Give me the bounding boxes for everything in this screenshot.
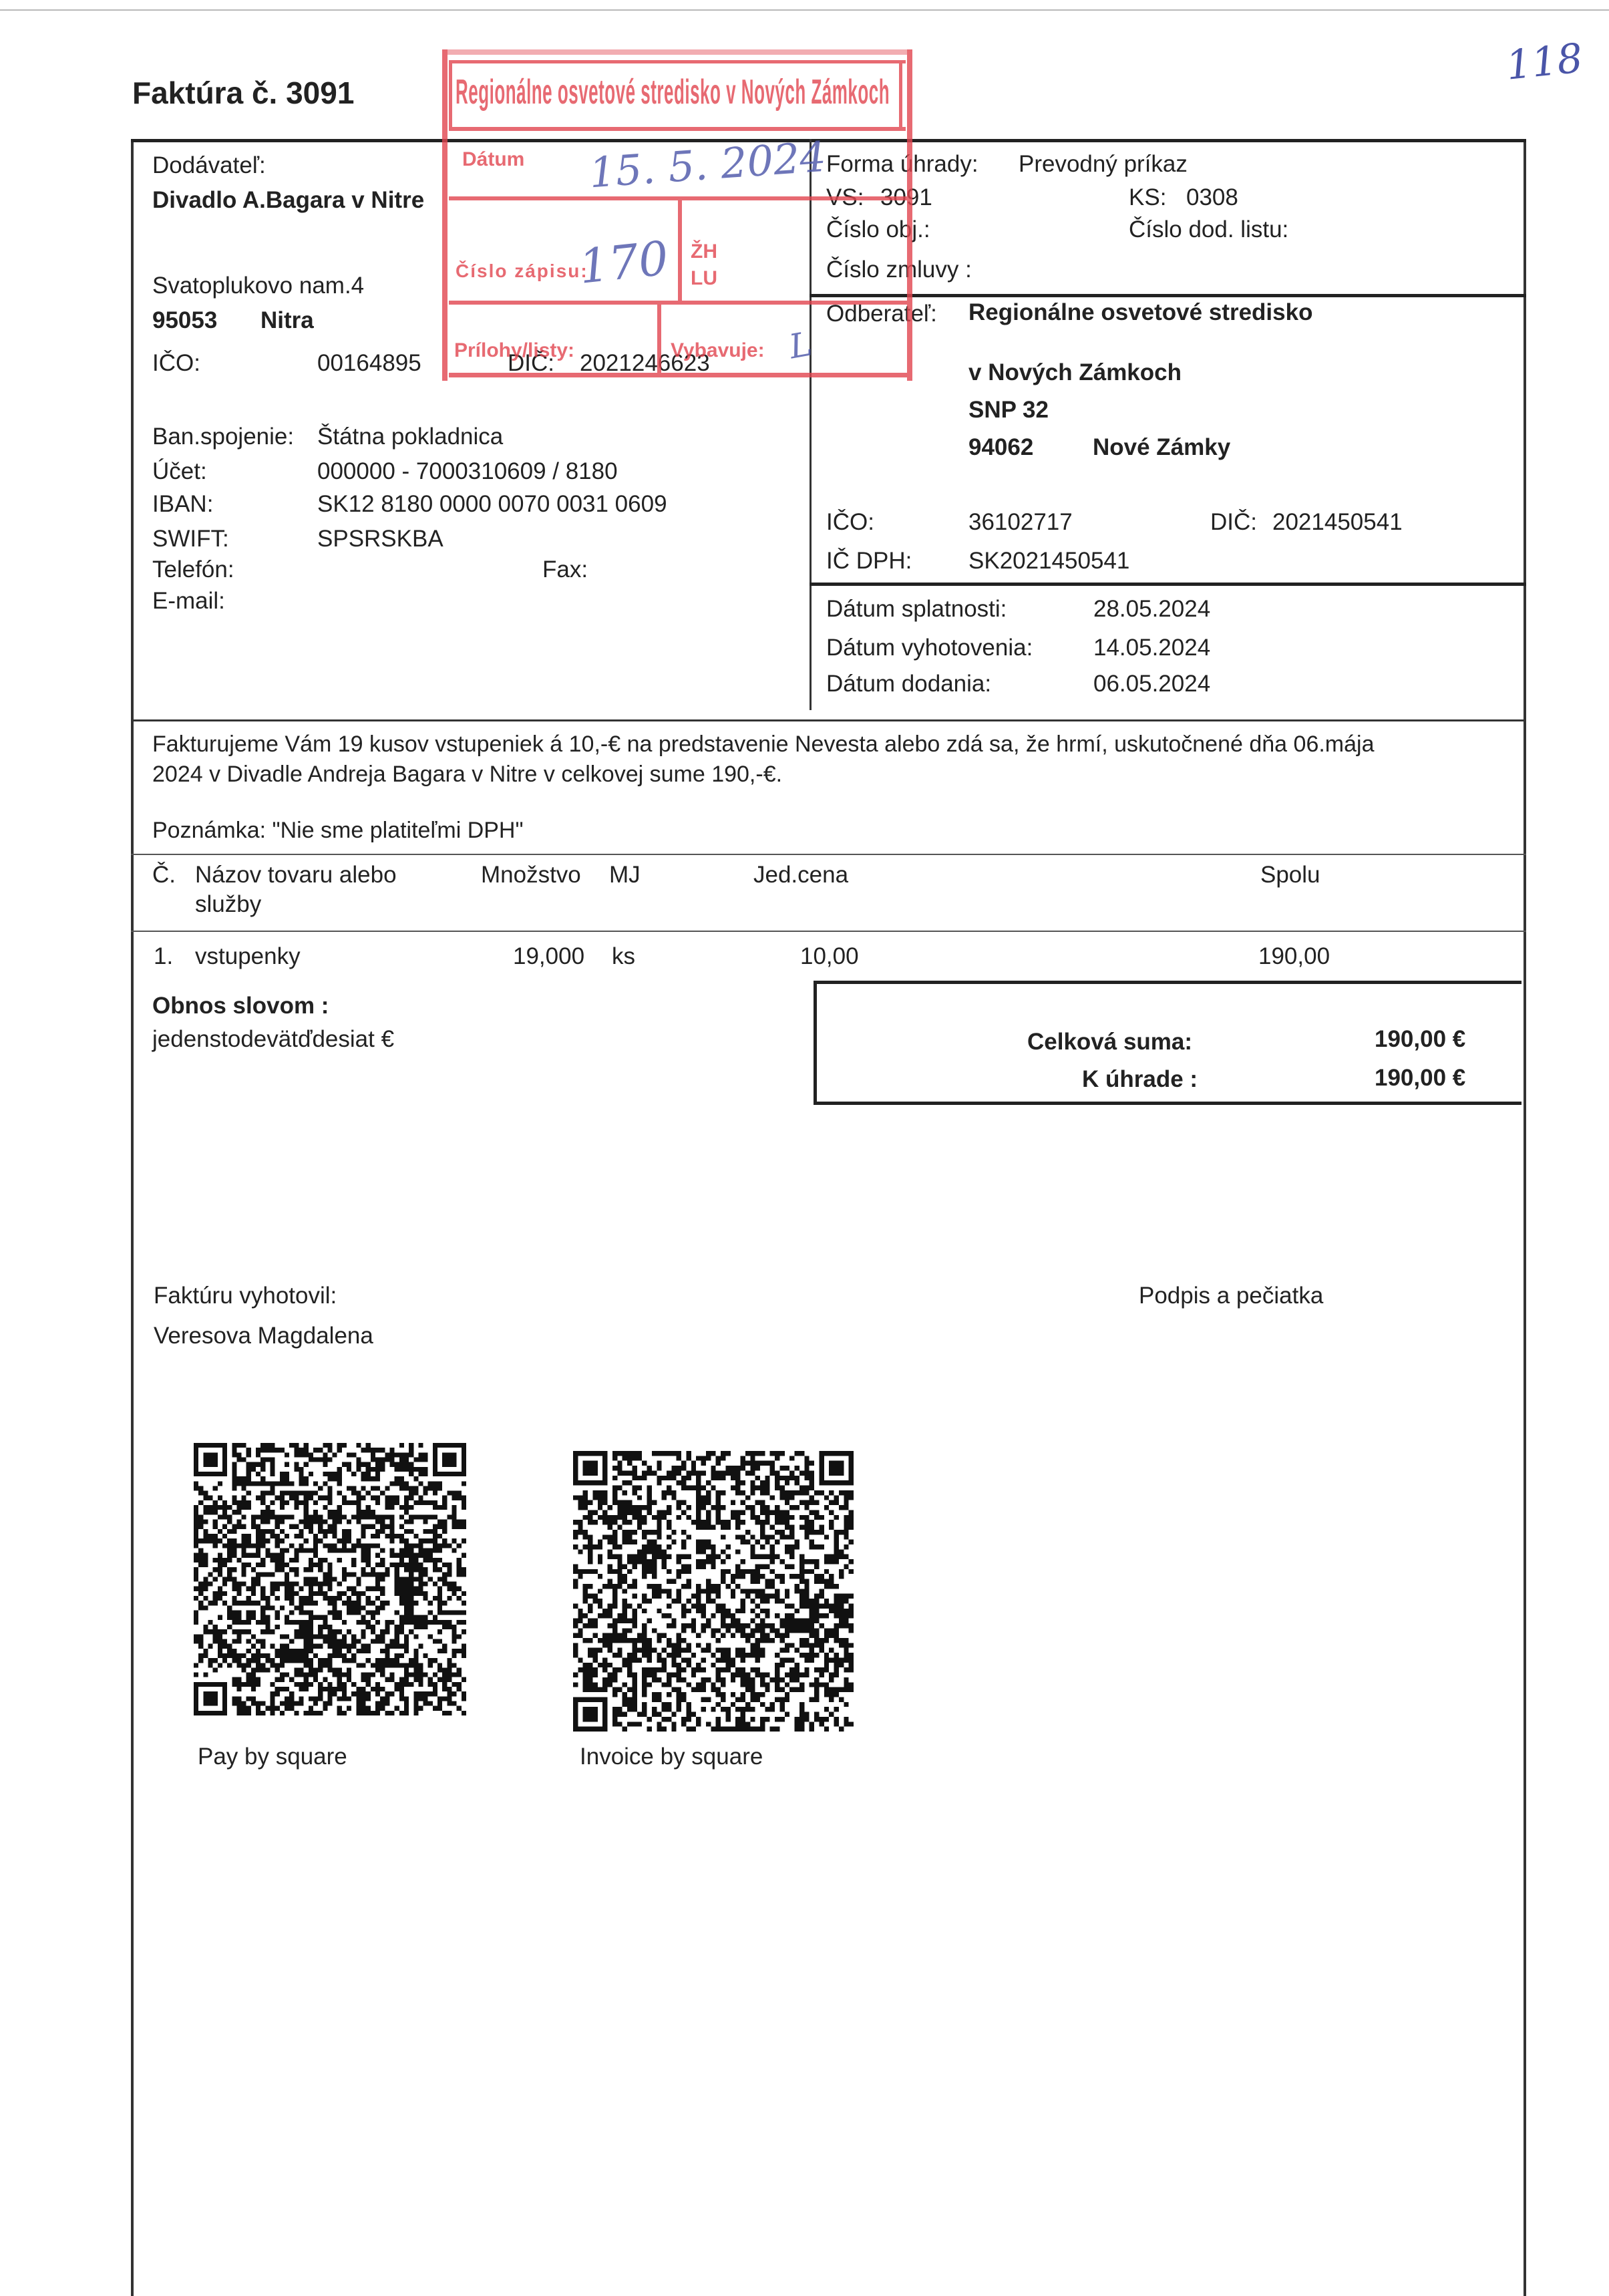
supplier-name: Divadlo A.Bagara v Nitre — [152, 187, 424, 214]
table-header-top-divider — [131, 854, 1526, 855]
col-header-no: Č. — [152, 862, 176, 888]
stamp-right — [907, 49, 912, 381]
buyer-box-bottom — [810, 583, 1526, 586]
delivery-note-label: Číslo dod. listu: — [1129, 216, 1288, 243]
row-no: 1. — [154, 943, 173, 970]
issued-by-label: Faktúru vyhotovil: — [154, 1283, 337, 1309]
pay-by-square-label: Pay by square — [198, 1744, 347, 1770]
stamp-lu-label: LU — [691, 267, 717, 290]
description-line1: Fakturujeme Vám 19 kusov vstupeniek á 10… — [152, 731, 1375, 758]
iban-label: IBAN: — [152, 491, 213, 518]
iban-value: SK12 8180 0000 0070 0031 0609 — [317, 491, 667, 518]
bank-label: Ban.spojenie: — [152, 424, 294, 450]
supplier-ico-label: IČO: — [152, 350, 200, 377]
supplier-ico: 00164895 — [317, 350, 421, 377]
stamp-attachments-label: Prílohy/listy: — [454, 339, 574, 362]
issued-by-name: Veresova Magdalena — [154, 1323, 373, 1349]
invoice-by-square-qr-code — [573, 1451, 854, 1732]
account-number: 000000 - 7000310609 / 8180 — [317, 458, 618, 485]
stamp-title: Regionálne osvetové stredisko v Nových Z… — [456, 72, 890, 112]
frame-left-border — [131, 139, 134, 2296]
col-header-name-line2: služby — [195, 891, 261, 918]
buyer-zip: 94062 — [968, 434, 1033, 461]
buyer-ico-label: IČO: — [826, 509, 874, 536]
invoice-by-square-label: Invoice by square — [580, 1744, 763, 1770]
issue-date-label: Dátum vyhotovenia: — [826, 635, 1033, 661]
frame-right-border — [1524, 139, 1526, 2296]
buyer-street: SNP 32 — [968, 397, 1049, 424]
stamp-row3-divider — [657, 301, 661, 375]
stamp-zh-label: ŽH — [691, 240, 717, 263]
stamp-record-handwritten: 170 — [576, 230, 671, 295]
swift-label: SWIFT: — [152, 526, 229, 552]
supplier-city: Nitra — [260, 307, 314, 334]
stamp-title-left — [449, 60, 452, 130]
registry-stamp: Regionálne osvetové stredisko v Nových Z… — [442, 47, 912, 381]
delivery-date-label: Dátum dodania: — [826, 671, 991, 697]
total-amount: 190,00 € — [1375, 1026, 1465, 1053]
due-date-label: Dátum splatnosti: — [826, 596, 1007, 623]
col-header-total: Spolu — [1260, 862, 1320, 888]
stamp-handler-label: Vybavuje: — [671, 339, 765, 362]
stamp-row2-bottom — [449, 301, 912, 305]
row-total: 190,00 — [1258, 943, 1330, 970]
buyer-name-line1: Regionálne osvetové stredisko — [968, 299, 1312, 326]
buyer-icdph-label: IČ DPH: — [826, 548, 912, 575]
vat-note: Poznámka: "Nie sme platiteľmi DPH" — [152, 818, 524, 844]
col-header-unit-price: Jed.cena — [753, 862, 848, 888]
scan-edge-line — [0, 9, 1609, 11]
ks-value: 0308 — [1186, 184, 1238, 211]
issue-date: 14.05.2024 — [1093, 635, 1210, 661]
stamp-inner-top — [449, 60, 906, 63]
stamp-handler-initial: L — [786, 325, 815, 367]
phone-label: Telefón: — [152, 556, 234, 583]
buyer-dic: 2021450541 — [1272, 509, 1403, 536]
buyer-ico: 36102717 — [968, 509, 1073, 536]
stamp-title-bottom — [449, 127, 906, 131]
supplier-zip: 95053 — [152, 307, 217, 334]
pay-by-square-qr-code — [194, 1443, 466, 1715]
stamp-title-right — [899, 60, 902, 130]
table-header-bottom-divider — [131, 931, 1526, 932]
bank-name: Štátna pokladnica — [317, 424, 503, 450]
supplier-street: Svatoplukovo nam.4 — [152, 273, 364, 299]
row-unit-price: 10,00 — [800, 943, 859, 970]
payment-method: Prevodný príkaz — [1019, 151, 1188, 178]
ks-label: KS: — [1129, 184, 1166, 211]
swift-value: SPSRSKBA — [317, 526, 443, 552]
stamp-left — [442, 49, 448, 381]
col-header-name: Názov tovaru alebo — [195, 862, 397, 888]
invoice-title: Faktúra č. 3091 — [132, 75, 354, 111]
due-date: 28.05.2024 — [1093, 596, 1210, 623]
buyer-box-top — [810, 294, 1526, 297]
fax-label: Fax: — [542, 556, 588, 583]
delivery-date: 06.05.2024 — [1093, 671, 1210, 697]
supplier-label: Dodávateľ: — [152, 152, 266, 179]
buyer-name-line2: v Nových Zámkoch — [968, 359, 1182, 386]
stamp-date-handwritten: 15. 5. 2024 — [588, 132, 828, 198]
description-line2: 2024 v Divadle Andreja Bagara v Nitre v … — [152, 762, 782, 788]
stamp-row2-divider — [678, 196, 682, 303]
buyer-icdph: SK2021450541 — [968, 548, 1129, 575]
row-unit: ks — [612, 943, 635, 970]
handwritten-page-number: 118 — [1504, 35, 1585, 90]
row-qty: 19,000 — [513, 943, 584, 970]
amount-due-label: K úhrade : — [1082, 1066, 1198, 1093]
stamp-outer-top — [442, 49, 912, 55]
account-label: Účet: — [152, 458, 207, 485]
buyer-city: Nové Zámky — [1093, 434, 1230, 461]
buyer-dic-label: DIČ: — [1210, 509, 1257, 536]
amount-due: 190,00 € — [1375, 1065, 1465, 1092]
signature-stamp-label: Podpis a pečiatka — [1139, 1283, 1323, 1309]
description-divider — [131, 719, 1526, 721]
stamp-date-label: Dátum — [462, 148, 524, 171]
total-label: Celková suma: — [1027, 1029, 1192, 1055]
stamp-record-label: Číslo zápisu: — [456, 261, 588, 282]
col-header-unit: MJ — [609, 862, 641, 888]
stamp-bottom — [449, 373, 912, 377]
row-name: vstupenky — [195, 943, 301, 970]
amount-in-words: jedenstodevätďdesiat € — [152, 1026, 394, 1053]
col-header-qty: Množstvo — [481, 862, 581, 888]
email-label: E-mail: — [152, 588, 225, 615]
amount-in-words-label: Obnos slovom : — [152, 993, 329, 1019]
